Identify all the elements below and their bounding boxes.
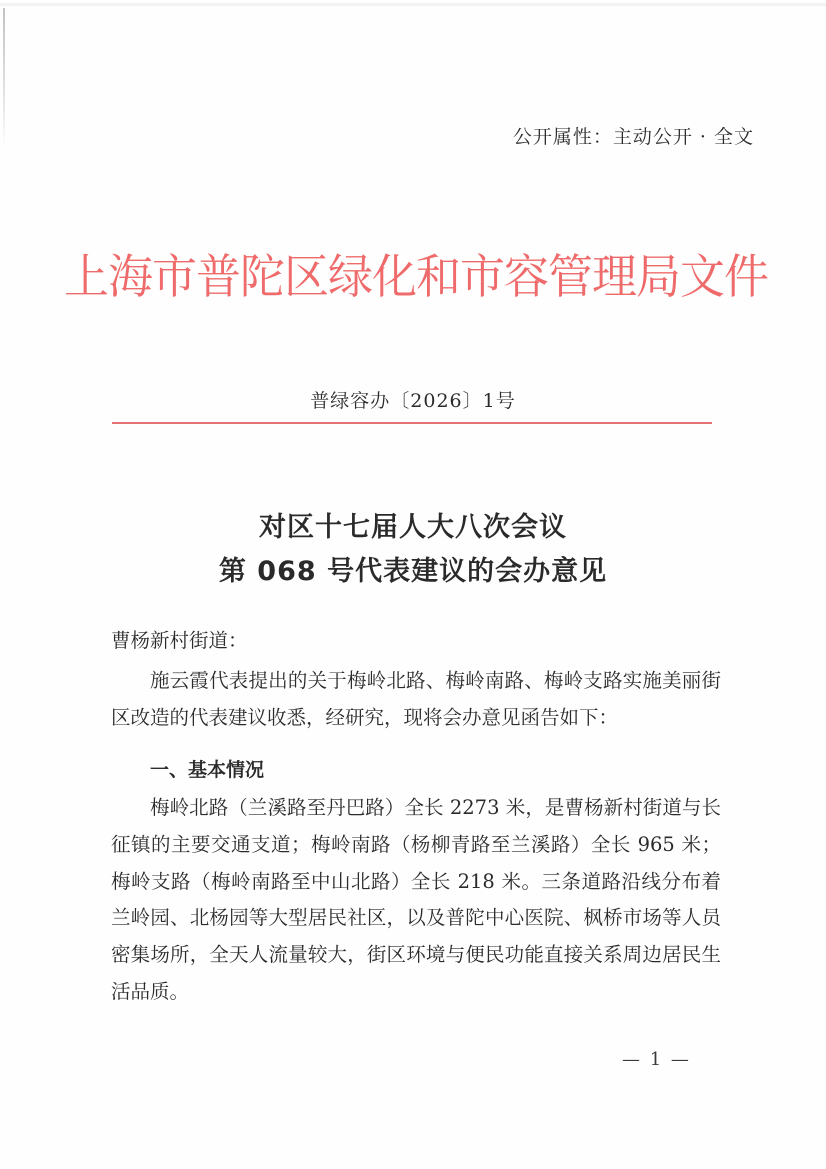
document-title-line-1: 对区十七届人大八次会议: [0, 505, 826, 544]
salutation: 曹杨新村街道：: [111, 625, 248, 653]
paragraph-basic-situation: 梅岭北路（兰溪路至丹巴路）全长 2273 米，是曹杨新村街道与长征镇的主要交通支…: [111, 790, 721, 1011]
document-page: 公开属性：主动公开 · 全文 上海市普陀区绿化和市容管理局文件 普绿容办〔202…: [0, 0, 826, 1169]
section-heading-basic-situation: 一、基本情况: [150, 755, 264, 782]
scan-edge-left: [3, 8, 5, 148]
issuer-header: 上海市普陀区绿化和市容管理局文件: [56, 238, 776, 306]
paragraph-intro: 施云霞代表提出的关于梅岭北路、梅岭南路、梅岭支路实施美丽街区改造的代表建议收悉，…: [111, 663, 721, 737]
disclosure-label: 公开属性：主动公开 · 全文: [513, 122, 754, 149]
page-number: — 1 —: [622, 1049, 691, 1070]
scan-edge-top: [0, 3, 826, 6]
document-title-line-2: 第 068 号代表建议的会办意见: [0, 549, 826, 588]
red-divider: [112, 422, 712, 424]
document-number: 普绿容办〔2026〕1号: [0, 386, 826, 413]
